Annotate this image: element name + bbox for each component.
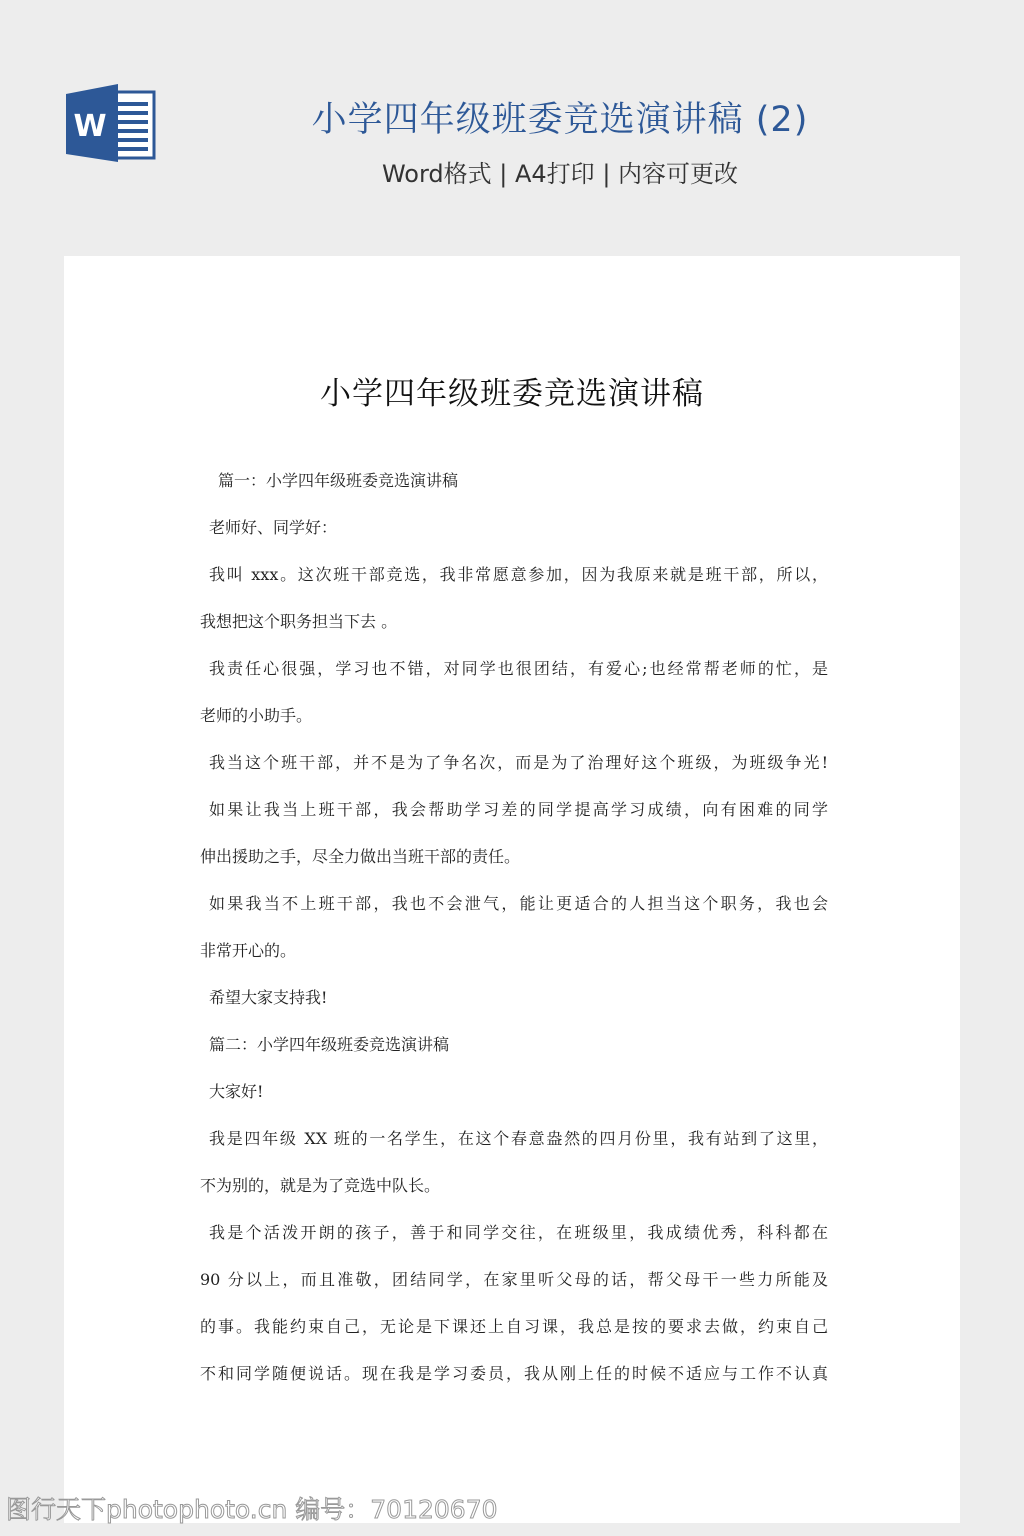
doc-title: 小学四年级班委竞选演讲稿 (2) — [270, 92, 850, 142]
document-body: 篇一：小学四年级班委竞选演讲稿老师好、同学好：我叫 xxx。这次班干部竞选，我非… — [200, 466, 828, 1406]
paragraph-line: 我是四年级 XX 班的一名学生，在这个春意盎然的四月份里，我有站到了这里， — [200, 1124, 828, 1171]
paragraph-line: 如果让我当上班干部，我会帮助学习差的同学提高学习成绩，向有困难的同学 — [200, 795, 828, 842]
watermark: 图行天下photophoto.cn 编号：70120670 — [6, 1490, 498, 1526]
doc-subtitle: Word格式 | A4打印 | 内容可更改 — [270, 154, 850, 189]
paragraph-line: 老师好、同学好： — [200, 513, 828, 560]
paragraph-line: 非常开心的。 — [200, 936, 828, 983]
paragraph-line: 篇一：小学四年级班委竞选演讲稿 — [200, 466, 828, 513]
header: W 小学四年级班委竞选演讲稿 (2) Word格式 | A4打印 | 内容可更改 — [0, 0, 1024, 256]
svg-text:W: W — [73, 109, 106, 144]
paragraph-line: 我叫 xxx。这次班干部竞选，我非常愿意参加，因为我原来就是班干部，所以， — [200, 560, 828, 607]
paragraph-line: 90 分以上，而且准敬，团结同学，在家里听父母的话，帮父母干一些力所能及 — [200, 1265, 828, 1312]
paragraph-line: 伸出援助之手，尽全力做出当班干部的责任。 — [200, 842, 828, 889]
paragraph-line: 如果我当不上班干部，我也不会泄气，能让更适合的人担当这个职务，我也会 — [200, 889, 828, 936]
paragraph-line: 篇二：小学四年级班委竞选演讲稿 — [200, 1030, 828, 1077]
document-page: 小学四年级班委竞选演讲稿 篇一：小学四年级班委竞选演讲稿老师好、同学好：我叫 x… — [64, 256, 960, 1523]
paragraph-line: 大家好! — [200, 1077, 828, 1124]
paragraph-line: 我当这个班干部，并不是为了争名次，而是为了治理好这个班级，为班级争光! — [200, 748, 828, 795]
paragraph-line: 我是个活泼开朗的孩子，善于和同学交往，在班级里，我成绩优秀，科科都在 — [200, 1218, 828, 1265]
paragraph-line: 不为别的，就是为了竞选中队长。 — [200, 1171, 828, 1218]
paragraph-line: 的事。我能约束自己，无论是下课还上自习课，我总是按的要求去做，约束自己 — [200, 1312, 828, 1359]
paragraph-line: 老师的小助手。 — [200, 701, 828, 748]
word-icon: W — [64, 82, 156, 162]
paragraph-line: 希望大家支持我! — [200, 983, 828, 1030]
paragraph-line: 不和同学随便说话。现在我是学习委员，我从刚上任的时候不适应与工作不认真 — [200, 1359, 828, 1406]
paragraph-line: 我责任心很强，学习也不错，对同学也很团结，有爱心;也经常帮老师的忙，是 — [200, 654, 828, 701]
paragraph-line: 我想把这个职务担当下去 。 — [200, 607, 828, 654]
page-title: 小学四年级班委竞选演讲稿 — [64, 368, 960, 413]
